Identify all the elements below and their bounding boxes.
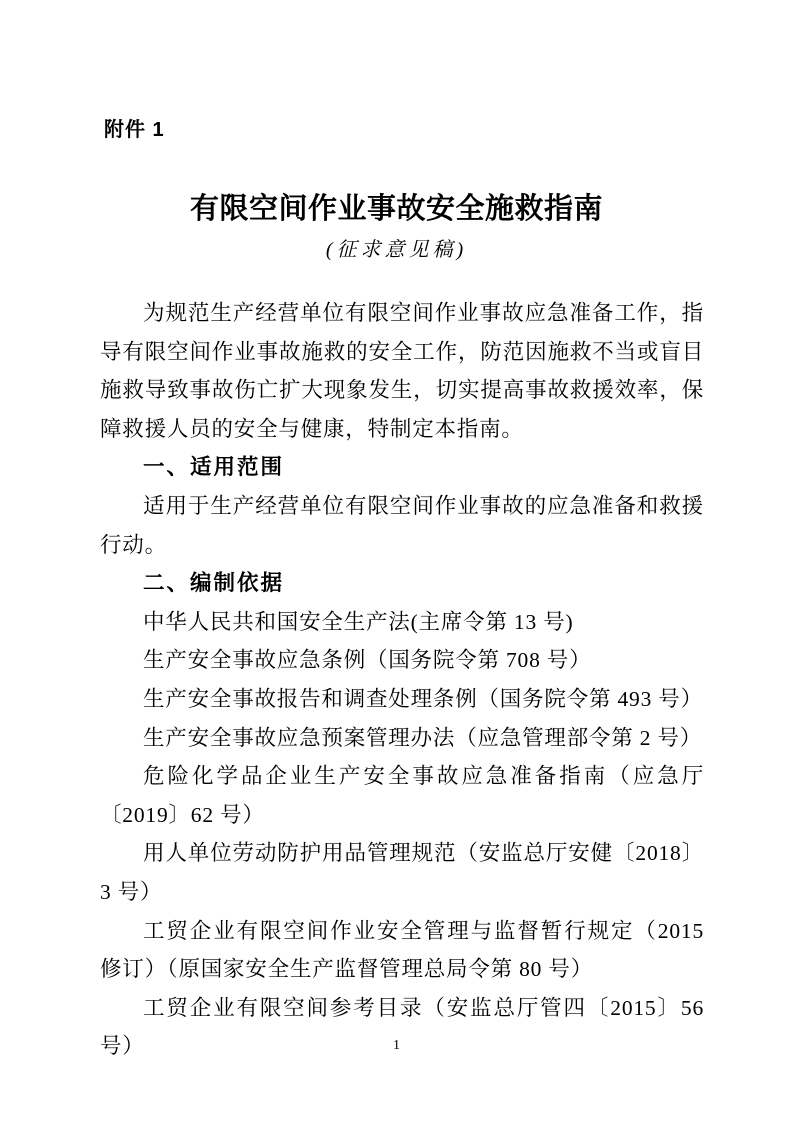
scope-paragraph: 适用于生产经营单位有限空间作业事故的应急准备和救援行动。 xyxy=(100,487,704,564)
reference-item: 危险化学品企业生产安全事故应急准备指南（应急厅〔2019〕62 号） xyxy=(100,757,704,834)
document-title: 有限空间作业事故安全施救指南 xyxy=(0,191,793,227)
document-page: 附件 1 有限空间作业事故安全施救指南 (征求意见稿) 为规范生产经营单位有限空… xyxy=(0,0,793,1122)
page-number: 1 xyxy=(0,1038,793,1054)
reference-item: 用人单位劳动防护用品管理规范（安监总厅安健〔2018〕3 号） xyxy=(100,834,704,911)
reference-item: 中华人民共和国安全生产法(主席令第 13 号) xyxy=(100,603,704,642)
attachment-label: 附件 1 xyxy=(104,118,165,142)
reference-item: 生产安全事故报告和调查处理条例（国务院令第 493 号） xyxy=(100,680,704,719)
section-heading-basis: 二、编制依据 xyxy=(100,564,704,603)
document-subtitle: (征求意见稿) xyxy=(0,236,793,264)
reference-item: 工贸企业有限空间作业安全管理与监督暂行规定（2015 修订）（原国家安全生产监督… xyxy=(100,912,704,989)
reference-item: 工贸企业有限空间参考目录（安监总厅管四〔2015〕56 号） xyxy=(100,989,704,1066)
document-body: 为规范生产经营单位有限空间作业事故应急准备工作，指导有限空间作业事故施救的安全工… xyxy=(100,294,704,1066)
section-heading-scope: 一、适用范围 xyxy=(100,448,704,487)
reference-item: 生产安全事故应急预案管理办法（应急管理部令第 2 号） xyxy=(100,719,704,758)
reference-item: 生产安全事故应急条例（国务院令第 708 号） xyxy=(100,641,704,680)
intro-paragraph: 为规范生产经营单位有限空间作业事故应急准备工作，指导有限空间作业事故施救的安全工… xyxy=(100,294,704,448)
